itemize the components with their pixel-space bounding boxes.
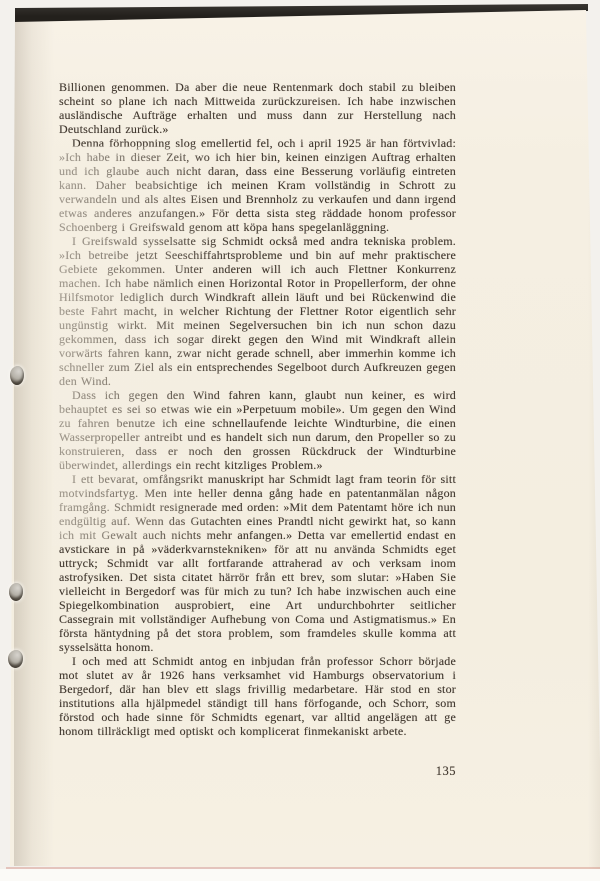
paragraph: I ett bevarat, omfångsrikt manuskript ha…: [59, 472, 456, 654]
page-right-edge-shade: [588, 6, 600, 870]
paragraph: Billionen genommen. Da aber die neue Ren…: [59, 80, 456, 136]
paragraph: Dass ich gegen den Wind fahren kann, gla…: [59, 388, 456, 472]
punch-hole: [10, 366, 24, 385]
punch-hole: [9, 583, 23, 601]
page-number: 135: [59, 764, 456, 779]
page-text: Billionen genommen. Da aber die neue Ren…: [59, 80, 456, 738]
scanner-background: [0, 869, 600, 881]
binding-gutter-shadow: [14, 18, 54, 866]
book-page: Billionen genommen. Da aber die neue Ren…: [10, 6, 600, 870]
paragraph: I Greifswald sysselsatte sig Schmidt ock…: [59, 234, 456, 388]
paragraph: I och med att Schmidt antog en inbjudan …: [59, 654, 456, 738]
punch-hole: [8, 650, 23, 668]
paragraph: Denna förhoppning slog emellertid fel, o…: [59, 136, 456, 234]
scanned-book-page: Billionen genommen. Da aber die neue Ren…: [0, 0, 600, 881]
